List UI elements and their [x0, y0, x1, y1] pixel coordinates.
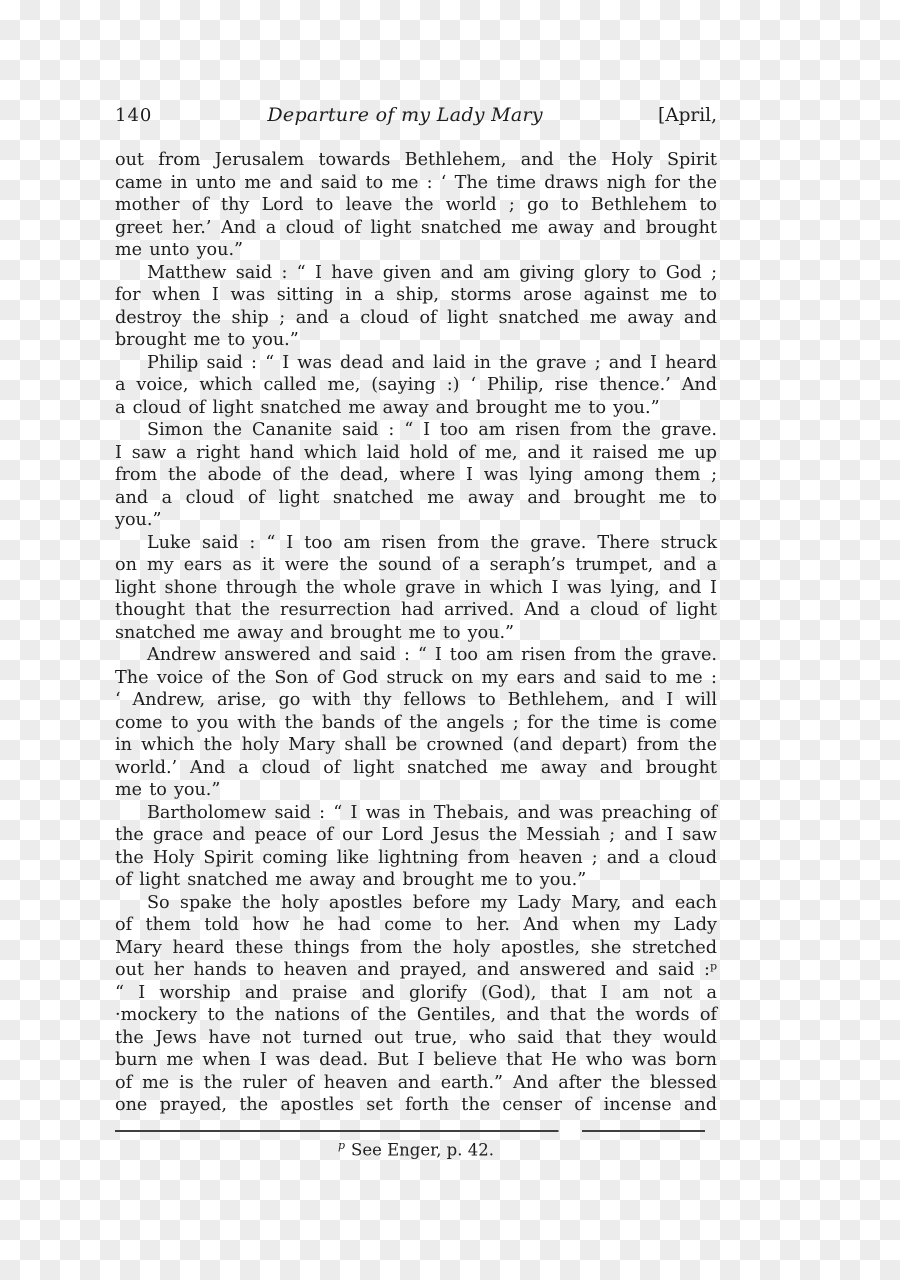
text-line: me unto you.” [115, 239, 717, 262]
scanned-page: 140 Departure of my Lady Mary [April, ou… [115, 104, 717, 1159]
text-line: from the abode of the dead, where I was … [115, 464, 717, 487]
footnote-text: See Enger, p. 42. [351, 1140, 494, 1159]
footnote-rule [115, 1130, 710, 1132]
text-line: destroy the ship ; and a cloud of light … [115, 307, 717, 330]
page-header: 140 Departure of my Lady Mary [April, [115, 104, 717, 128]
text-line: one prayed, the apostles set forth the c… [115, 1094, 717, 1117]
text-line: of me is the ruler of heaven and earth.”… [115, 1072, 717, 1095]
text-line: The voice of the Son of God struck on my… [115, 667, 717, 690]
text-line: came in unto me and said to me : ‘ The t… [115, 172, 717, 195]
text-line: burn me when I was dead. But I believe t… [115, 1049, 717, 1072]
text-line: Simon the Cananite said : “ I too am ris… [115, 419, 717, 442]
text-line: the Jews have not turned out true, who s… [115, 1027, 717, 1050]
text-line: of them told how he had come to her. And… [115, 914, 717, 937]
text-line: world.’ And a cloud of light snatched me… [115, 757, 717, 780]
text-line: thought that the resurrection had arrive… [115, 599, 717, 622]
text-line: Andrew answered and said : “ I too am ri… [115, 644, 717, 667]
text-line: brought me to you.” [115, 329, 717, 352]
text-line: Philip said : “ I was dead and laid in t… [115, 352, 717, 375]
text-line: mother of thy Lord to leave the world ; … [115, 194, 717, 217]
body-text: out from Jerusalem towards Bethlehem, an… [115, 149, 717, 1117]
footnote: pSee Enger, p. 42. [115, 1139, 717, 1160]
text-line: the grace and peace of our Lord Jesus th… [115, 824, 717, 847]
text-line: Mary heard these things from the holy ap… [115, 937, 717, 960]
text-line: a cloud of light snatched me away and br… [115, 397, 717, 420]
text-line: I saw a right hand which laid hold of me… [115, 442, 717, 465]
text-line: of light snatched me away and brought me… [115, 869, 717, 892]
issue-label: [April, [658, 105, 717, 126]
text-line: “ I worship and praise and glorify (God)… [115, 982, 717, 1005]
text-line: snatched me away and brought me to you.” [115, 622, 717, 645]
text-line: the Holy Spirit coming like lightning fr… [115, 847, 717, 870]
text-line: for when I was sitting in a ship, storms… [115, 284, 717, 307]
footnote-marker: p [338, 1139, 345, 1152]
text-line: you.” [115, 509, 717, 532]
text-line: ‘ Andrew, arise, go with thy fellows to … [115, 689, 717, 712]
text-line: out her hands to heaven and prayed, and … [115, 959, 717, 982]
text-line: greet her.’ And a cloud of light snatche… [115, 217, 717, 240]
text-line: and a cloud of light snatched me away an… [115, 487, 717, 510]
text-line: light shone through the whole grave in w… [115, 577, 717, 600]
page-number: 140 [115, 105, 152, 126]
text-line: So spake the holy apostles before my Lad… [115, 892, 717, 915]
text-line: Bartholomew said : “ I was in Thebais, a… [115, 802, 717, 825]
transparency-checkerboard: 140 Departure of my Lady Mary [April, ou… [0, 0, 900, 1280]
text-line: come to you with the bands of the angels… [115, 712, 717, 735]
text-line: me to you.” [115, 779, 717, 802]
text-line: out from Jerusalem towards Bethlehem, an… [115, 149, 717, 172]
text-line: ·mockery to the nations of the Gentiles,… [115, 1004, 717, 1027]
text-line: in which the holy Mary shall be crowned … [115, 734, 717, 757]
text-line: Luke said : “ I too am risen from the gr… [115, 532, 717, 555]
text-line: a voice, which called me, (saying :) ‘ P… [115, 374, 717, 397]
text-line: on my ears as it were the sound of a ser… [115, 554, 717, 577]
text-line: Matthew said : “ I have given and am giv… [115, 262, 717, 285]
running-title: Departure of my Lady Mary [267, 104, 543, 126]
